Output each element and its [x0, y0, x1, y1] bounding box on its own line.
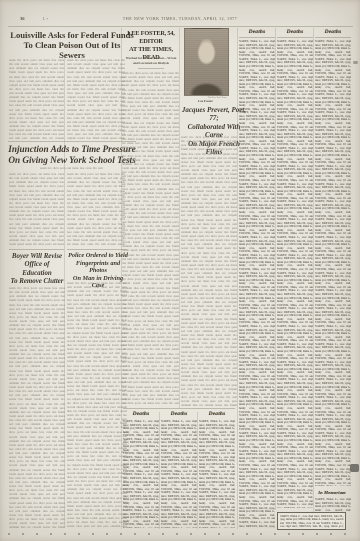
boxed-notice-ad: NARET, Eldon C., svce chpl tmw; DREVAN, … [277, 512, 346, 530]
header-rule [277, 37, 313, 38]
scan-artifact-mark [353, 61, 358, 64]
death-notices-greeked: NARET, Eldon C., svce chpl tmw; DREVAN, … [277, 40, 313, 508]
louisville-headline: Louisville Asks for Federal Funds To Cle… [10, 30, 134, 60]
column-rule [159, 412, 160, 529]
scan-artifact-blob [350, 464, 359, 472]
deaths-column-header: Deaths [315, 29, 351, 35]
column-rule [197, 412, 198, 529]
in-memoriam-header: In Memoriam [313, 490, 351, 495]
death-notices-greeked: NARET, Eldon C., svce chpl tmw; DREVAN, … [239, 40, 275, 528]
subhead-line: and Lectured on Dialysis [122, 61, 180, 66]
greeked-text-block: anem tiro dicta porro sui mens fere catu… [67, 58, 125, 140]
greeked-text-block: anem tiro dicta porro sui mens fere catu… [9, 286, 65, 528]
in-memoriam-notices-greeked: NARET, Eldon C., svce chpl tmw; DREVAN, … [315, 498, 351, 511]
headline-line: Louisville Asks for Federal Funds [10, 30, 134, 40]
section-rule [9, 249, 64, 250]
deaths-column-header: Deaths [123, 411, 159, 417]
photo-caption: Lee Foster [184, 99, 227, 103]
header-rule [315, 37, 351, 38]
masthead-dateline: THE NEW YORK TIMES, TUESDAY, APRIL 12, 1… [0, 16, 360, 21]
death-notices-greeked: NARET, Eldon C., svce chpl tmw; DREVAN, … [161, 420, 197, 528]
byline-greeked: anem tiro dicta porro sui mens fere catu… [40, 166, 104, 170]
lee-foster-portrait-photo [184, 28, 229, 96]
newspaper-page-scan: 36 L + THE NEW YORK TIMES, TUESDAY, APRI… [0, 0, 360, 541]
deaths-column-header: Deaths [161, 411, 197, 417]
greeked-text-block: anem tiro dicta porro sui mens fere catu… [181, 135, 237, 406]
perforation-dots [8, 533, 352, 535]
greeked-text-block: anem tiro dicta porro sui mens fere catu… [67, 172, 125, 246]
section-rule [123, 408, 235, 409]
column-rule [275, 28, 276, 510]
death-notices-greeked: NARET, Eldon C., svce chpl tmw; DREVAN, … [199, 420, 235, 528]
boxed-notice-greeked: NARET, Eldon C., svce chpl tmw; DREVAN, … [280, 515, 344, 528]
deaths-column-header: Deaths [199, 411, 235, 417]
injunction-headline: Injunction Adds to Time Pressure On Givi… [8, 144, 136, 166]
headline-line: Jacques Prevert, Poet, 77; [180, 106, 248, 123]
death-notices-greeked: NARET, Eldon C., svce chpl tmw; DREVAN, … [315, 40, 351, 486]
column-rule [313, 28, 314, 529]
header-rule [239, 37, 275, 38]
subhead-line: Worked for Travel Section—Wrote [122, 56, 180, 61]
greeked-text-block: anem tiro dicta porro sui mens fere catu… [9, 58, 64, 140]
deaths-column-header: Deaths [239, 29, 275, 35]
greeked-text-block: anem tiro dicta porro sui mens fere catu… [9, 172, 64, 246]
headline-line: Office of Education [9, 261, 65, 278]
headline-line: Police Ordered to Yield [67, 252, 129, 260]
headline-line: To Remove Clutter [9, 278, 65, 286]
headline-line: Boyer Will Revise [9, 253, 65, 261]
headline-line: Injunction Adds to Time Pressure [8, 144, 136, 155]
section-rule [67, 249, 127, 250]
masthead-rule [8, 26, 353, 27]
greeked-text-block: anem tiro dicta porro sui mens fere catu… [67, 281, 127, 528]
deaths-column-header: Deaths [277, 29, 313, 35]
headline-line: On Giving New York School Tests [8, 155, 136, 166]
boyer-headline: Boyer Will Revise Office of Education To… [9, 253, 65, 286]
column-rule [179, 28, 180, 408]
headline-line: Fingerprints and Photos [67, 260, 129, 275]
section-rule [8, 141, 136, 142]
death-notices-greeked: NARET, Eldon C., svce chpl tmw; DREVAN, … [123, 420, 159, 528]
greeked-text-block: anem tiro dicta porro sui mens fere catu… [122, 71, 179, 406]
foster-subhead: Worked for Travel Section—Wrote and Lect… [122, 56, 180, 65]
subhead-rule [138, 68, 164, 69]
headline-line: LEE FOSTER, 54, EDITOR [122, 30, 180, 46]
column-rule [237, 28, 238, 529]
